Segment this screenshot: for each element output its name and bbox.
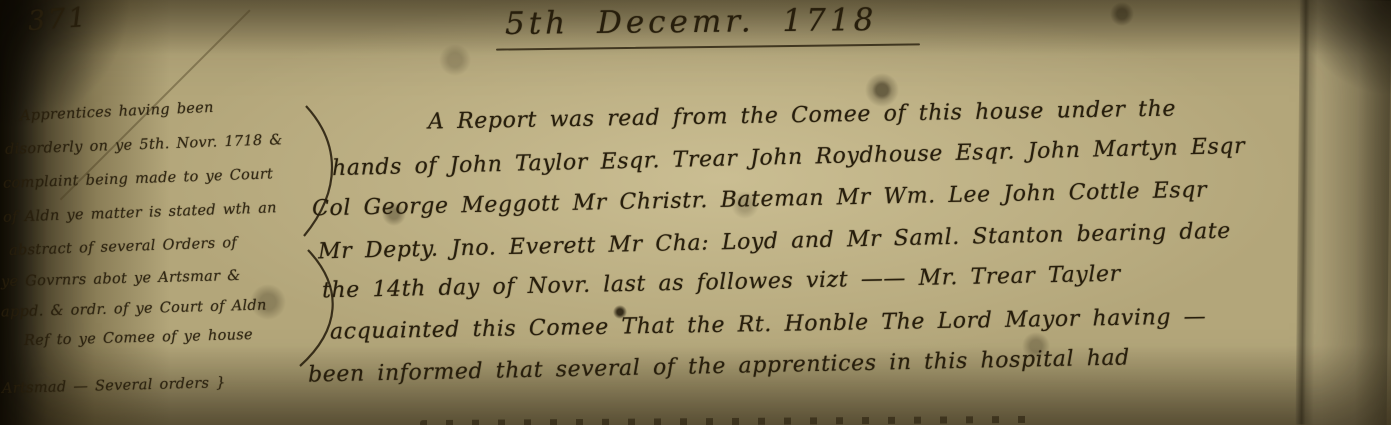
margin-note-line: ye Govrnrs abot ye Artsmar & [1,268,241,290]
main-text-line: A Report was read from the Comee of this… [428,96,1176,134]
manuscript-page: 371 5th Decemr. 1718 Apprentices having … [0,0,1391,425]
margin-note-line: Ref to ye Comee of ye house [24,327,253,349]
margin-note-line: Apprentices having been [20,100,214,124]
main-text-line: acquainted this Comee That the Rt. Honbl… [330,304,1207,344]
heading-underline [496,43,920,50]
main-text-line: the 14th day of Novr. last as followes v… [322,262,1121,304]
page-number: 371 [27,2,90,37]
cropped-text-fragments [420,416,1040,425]
main-text-line: Col George Meggott Mr Christr. Bateman M… [312,178,1207,222]
margin-note-line: complaint being made to ye Court [3,166,274,191]
date-heading: 5th Decemr. 1718 [505,2,878,42]
margin-note-line: of Aldn ye matter is stated wth an [3,200,277,226]
margin-note-line: Artsmad — Several orders } [2,375,226,397]
page-edge-crease [1296,0,1391,425]
margin-note-line: appd. & ordr. of ye Court of Aldn [1,298,267,321]
main-text-line: been informed that several of the appren… [308,345,1130,387]
main-text-line: Mr Depty. Jno. Everett Mr Cha: Loyd and … [318,219,1231,265]
margin-note-line: abstract of several Orders of [9,235,238,259]
margin-note-line: disorderly on ye 5th. Novr. 1718 & [5,132,283,158]
main-text-line: hands of John Taylor Esqr. Trear John Ro… [332,134,1246,181]
